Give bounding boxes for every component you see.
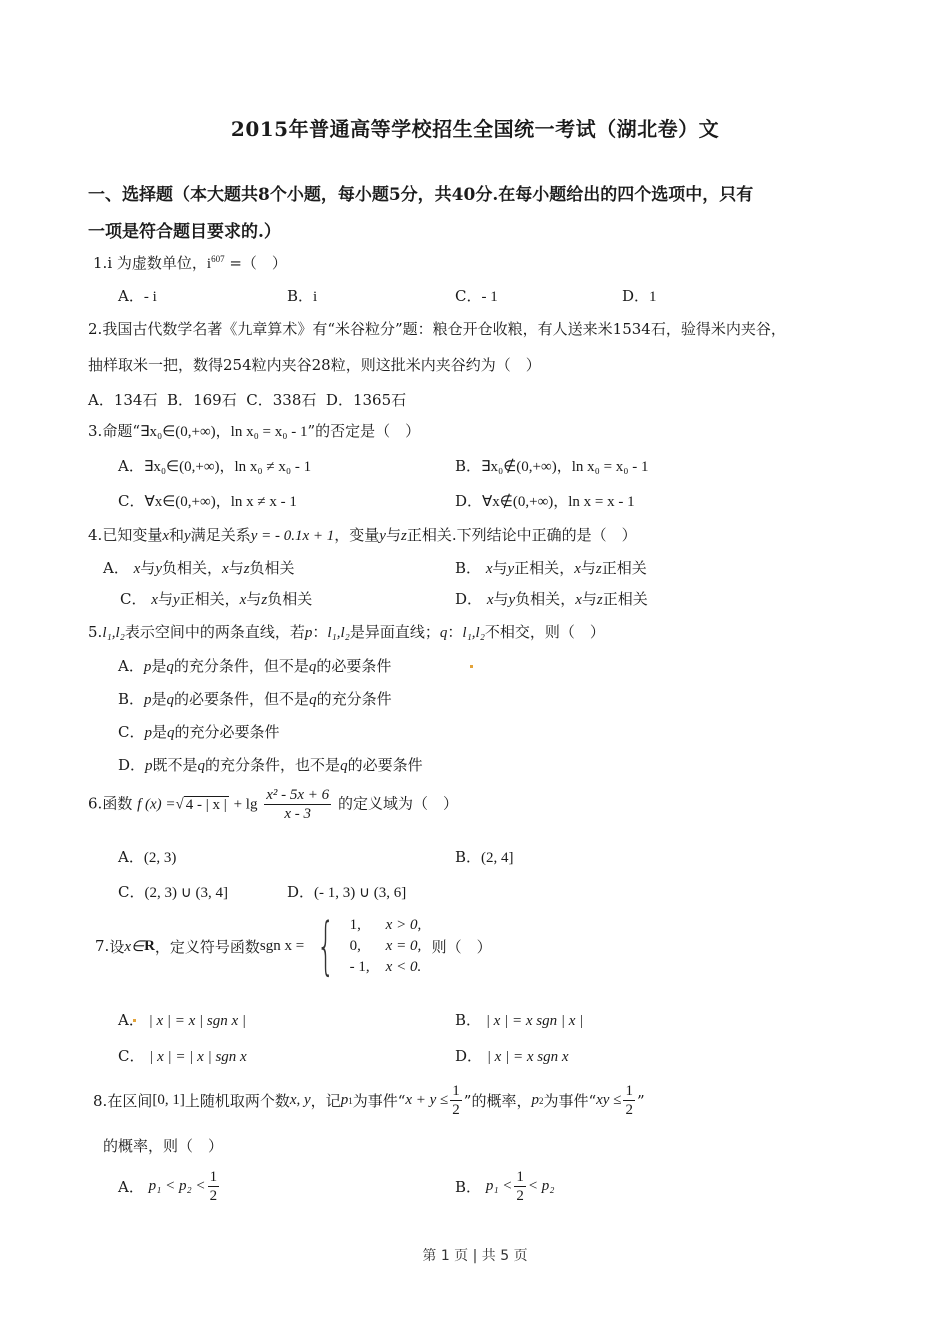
q5-option-a: A．p是q的充分条件，但不是q的必要条件 xyxy=(118,655,391,676)
fraction-half: 12 xyxy=(623,1082,635,1119)
option-label: A． xyxy=(118,457,144,475)
text: ， xyxy=(560,590,575,608)
stem-text: ”的否定是（ ） xyxy=(307,422,420,440)
stem-text: ： xyxy=(312,623,327,641)
option-text: (2, 3) ∪ (3, 4] xyxy=(144,885,227,901)
option-text: 正相关 xyxy=(603,590,648,608)
option-label: D． xyxy=(455,590,482,608)
stem-text: 正相关.下列结论中正确的是（ ） xyxy=(407,526,637,544)
left-brace-icon: { xyxy=(317,915,335,977)
text: 与 xyxy=(140,559,155,577)
math-var: p xyxy=(341,1092,349,1109)
option-text: 负相关 xyxy=(162,559,207,577)
q3-option-a: A．∃x₀∈(0,+∞)，ln x₀ ≠ x₀ - 1 xyxy=(118,455,311,476)
option-label: A． xyxy=(118,1011,144,1029)
case-value: 1, xyxy=(350,917,386,934)
question-number: 4. xyxy=(88,526,102,544)
math-expression: [0, 1] xyxy=(152,1092,185,1109)
math-expression: xy ≤ xyxy=(596,1092,621,1109)
sqrt-radicand: 4 - | x | xyxy=(184,796,229,814)
option-text: | x | = x | sgn x | xyxy=(149,1013,246,1029)
option-label: A． xyxy=(118,1176,144,1197)
option-text: - 1 xyxy=(481,289,497,305)
stem-text: 的定义域为（ ） xyxy=(338,795,458,813)
math-var: x xyxy=(151,592,158,608)
option-text: 的充分必要条件 xyxy=(175,723,280,741)
math-var: q xyxy=(166,659,174,675)
fraction-numerator: x² - 5x + 6 xyxy=(264,786,331,805)
text: 与 xyxy=(582,590,597,608)
math-expression: x∈ xyxy=(124,937,144,956)
math-var: x xyxy=(162,528,169,544)
math-expression: x + y ≤ xyxy=(405,1092,448,1109)
question-4-stem: 4.已知变量x和y满足关系y = - 0.1x + 1，变量y与z正相关.下列结… xyxy=(88,524,637,545)
case-condition: x > 0, xyxy=(386,917,446,934)
stem-text: 与 xyxy=(386,526,401,544)
q8-option-b: B． p₁ <12< p₂ xyxy=(455,1168,555,1205)
question-2-stem-line1: 2.我国古代数学名著《九章算术》有“米谷粒分”题：粮仓开仓收粮，有人送来米153… xyxy=(88,318,786,339)
option-text: 338石 xyxy=(273,391,317,409)
question-8-stem-line2: 的概率，则（ ） xyxy=(103,1135,223,1156)
math-expression: f (x) = xyxy=(137,797,175,813)
fraction-denominator: 2 xyxy=(208,1187,220,1205)
question-6-stem: 6.函数 f (x) =√4 - | x | + lg x² - 5x + 6x… xyxy=(88,786,458,823)
option-label: C． xyxy=(118,492,144,510)
option-text: p₁ < p₂ < xyxy=(149,1178,206,1195)
text: ， xyxy=(225,590,240,608)
option-text: 正相关 xyxy=(180,590,225,608)
stem-text: i 为虚数单位， xyxy=(107,254,207,272)
q6-option-b: B．(2, 4] xyxy=(455,846,514,867)
question-number: 3. xyxy=(88,422,102,440)
page-title: 2015年普通高等学校招生全国统一考试（湖北卷）文 xyxy=(0,113,950,142)
q4-option-a: A． x与y负相关，x与z负相关 xyxy=(103,557,295,578)
option-label: B． xyxy=(455,457,481,475)
q4-option-d: D． x与y负相关，x与z正相关 xyxy=(455,588,648,609)
text: 与 xyxy=(493,590,508,608)
stem-text: 设 xyxy=(109,936,124,957)
stem-text: =（ ） xyxy=(225,254,287,272)
fraction-denominator: 2 xyxy=(450,1101,462,1119)
option-label: C． xyxy=(455,287,481,305)
section-heading-line1: 一、选择题（本大题共8个小题，每小题5分，共40分.在每小题给出的四个选项中，只… xyxy=(88,180,753,205)
option-text: 正相关 xyxy=(514,559,559,577)
math-var: x xyxy=(574,561,581,577)
fraction-denominator: 2 xyxy=(623,1101,635,1119)
option-label: D． xyxy=(287,883,314,901)
question-7-stem: 7.设x∈R，定义符号函数sgn x = { 1,x > 0, 0,x = 0,… xyxy=(95,915,492,977)
math-expression: ∃x₀∈(0,+∞)，ln x₀ = x₀ - 1 xyxy=(140,424,308,440)
q5-option-d: D．p既不是q的充分条件，也不是q的必要条件 xyxy=(118,754,423,775)
math-var: q xyxy=(167,725,175,741)
case-value: - 1, xyxy=(350,959,386,976)
fraction-denominator: x - 3 xyxy=(282,805,313,823)
stem-text: ，变量 xyxy=(334,526,379,544)
math-var: x xyxy=(575,592,582,608)
case-condition: x < 0. xyxy=(386,959,446,976)
option-text: | x | = x sgn | x | xyxy=(486,1013,583,1029)
stem-text: 上随机取两个数 xyxy=(185,1090,290,1111)
question-number: 1. xyxy=(93,254,107,272)
option-label: A． xyxy=(118,287,144,305)
stem-text: 是异面直线； xyxy=(350,623,440,641)
math-var: p xyxy=(144,692,152,708)
fraction-numerator: 1 xyxy=(623,1082,635,1101)
stem-text: 为事件“ xyxy=(543,1090,596,1111)
stray-mark xyxy=(470,665,473,668)
math-var: q xyxy=(198,758,206,774)
q8-option-a: A． p₁ < p₂ <12 xyxy=(118,1168,221,1205)
stem-text: 函数 xyxy=(102,795,132,813)
text: 与 xyxy=(246,590,261,608)
q2-options: A．134石 B．169石 C．338石 D．1365石 xyxy=(88,389,406,410)
stem-text: 为事件“ xyxy=(353,1090,406,1111)
option-label: B． xyxy=(118,690,144,708)
question-number: 5. xyxy=(88,623,102,641)
stem-text: ”的概率， xyxy=(464,1090,532,1111)
option-text: 的必要条件 xyxy=(316,657,391,675)
q3-option-c: C．∀x∈(0,+∞)，ln x ≠ x - 1 xyxy=(118,490,297,511)
option-text: | x | = x sgn x xyxy=(487,1049,569,1065)
question-number: 2. xyxy=(88,320,102,338)
text: 与 xyxy=(229,559,244,577)
math-var: p xyxy=(531,1092,539,1109)
option-label: D． xyxy=(455,492,482,510)
option-label: B． xyxy=(455,1011,481,1029)
stem-text: 则（ ） xyxy=(432,936,492,957)
option-text: 的充分条件 xyxy=(317,690,392,708)
option-text: (2, 4] xyxy=(481,850,514,866)
option-text: 是 xyxy=(151,657,166,675)
stem-text: 已知变量 xyxy=(102,526,162,544)
option-text: 是 xyxy=(152,690,167,708)
option-text: < p₂ xyxy=(528,1178,555,1195)
math-exponent: 607 xyxy=(211,254,225,264)
option-text: 正相关 xyxy=(602,559,647,577)
option-text: 既不是 xyxy=(153,756,198,774)
question-3-stem: 3.命题“∃x₀∈(0,+∞)，ln x₀ = x₀ - 1”的否定是（ ） xyxy=(88,420,420,441)
math-var: x xyxy=(222,561,229,577)
option-label: B． xyxy=(287,287,313,305)
option-text: 169石 xyxy=(193,391,237,409)
option-text: ∀x∉(0,+∞)，ln x = x - 1 xyxy=(482,494,635,510)
q6-option-d: D．(- 1, 3) ∪ (3, 6] xyxy=(287,881,406,902)
option-label: D． xyxy=(622,287,649,305)
option-text: (- 1, 3) ∪ (3, 6] xyxy=(314,885,406,901)
fraction-numerator: 1 xyxy=(450,1082,462,1101)
option-text: ∃x₀∈(0,+∞)，ln x₀ ≠ x₀ - 1 xyxy=(144,459,311,475)
text: 与 xyxy=(492,559,507,577)
stem-text: ： xyxy=(447,623,462,641)
question-2-stem-line2: 抽样取米一把，数得254粒内夹谷28粒，则这批米内夹谷约为（ ） xyxy=(88,354,541,375)
option-text: 1365石 xyxy=(353,391,406,409)
option-text: 的充分条件，也不是 xyxy=(205,756,340,774)
q6-option-a: A．(2, 3) xyxy=(118,846,176,867)
option-label: C． xyxy=(118,723,144,741)
option-text: - i xyxy=(144,289,157,305)
question-8-stem-line1: 8.在区间[0, 1]上随机取两个数x, y，记p1为事件“x + y ≤ 12… xyxy=(93,1082,645,1119)
option-label: A． xyxy=(118,657,144,675)
option-text: (2, 3) xyxy=(144,850,177,866)
fraction-numerator: 1 xyxy=(514,1168,526,1187)
q4-option-c: C． x与y正相关，x与z负相关 xyxy=(120,588,312,609)
math-expression: sgn x = xyxy=(260,938,304,955)
option-label: B． xyxy=(455,1176,481,1197)
math-var: q xyxy=(309,692,317,708)
q7-option-b: B． | x | = x sgn | x | xyxy=(455,1009,583,1030)
option-label: D． xyxy=(326,391,353,409)
q1-option-a: A．- i xyxy=(118,285,157,306)
q1-option-d: D．1 xyxy=(622,285,657,306)
question-1-stem: 1.i 为虚数单位，i607 =（ ） xyxy=(93,252,287,273)
option-text: 负相关 xyxy=(250,559,295,577)
real-numbers-symbol: R xyxy=(144,938,155,955)
stem-text: ，定义符号函数 xyxy=(155,936,260,957)
q4-option-b: B． x与y正相关，x与z正相关 xyxy=(455,557,647,578)
stem-text: 不相交，则（ ） xyxy=(485,623,605,641)
q5-option-c: C．p是q的充分必要条件 xyxy=(118,721,280,742)
stem-text: 满足关系 xyxy=(191,526,251,544)
math-var: q xyxy=(167,692,175,708)
math-var: y xyxy=(173,592,180,608)
math-expression: l₁,l₂ xyxy=(327,625,350,641)
math-var: p xyxy=(145,758,153,774)
q5-option-b: B．p是q的必要条件，但不是q的充分条件 xyxy=(118,688,392,709)
option-label: C． xyxy=(118,1047,144,1065)
question-5-stem: 5.l₁,l₂表示空间中的两条直线，若p：l₁,l₂是异面直线；q：l₁,l₂不… xyxy=(88,621,605,642)
math-expression: l₁,l₂ xyxy=(462,625,485,641)
fraction-half: 12 xyxy=(514,1168,526,1205)
stem-text: 我国古代数学名著《九章算术》有“米谷粒分”题：粮仓开仓收粮，有人送来米1534石… xyxy=(102,320,786,338)
option-text: 134石 xyxy=(114,391,158,409)
text: ， xyxy=(207,559,222,577)
question-number: 8. xyxy=(93,1092,107,1110)
math-expression: l₁,l₂ xyxy=(102,625,125,641)
option-text: 1 xyxy=(649,289,657,305)
stray-mark xyxy=(133,1019,136,1022)
math-var: y xyxy=(379,528,386,544)
text: ， xyxy=(559,559,574,577)
option-label: B． xyxy=(455,559,481,577)
fraction-half: 12 xyxy=(450,1082,462,1119)
option-label: C． xyxy=(118,883,144,901)
option-text: 的充分条件，但不是 xyxy=(174,657,309,675)
q7-option-c: C． | x | = | x | sgn x xyxy=(118,1045,247,1066)
text: 与 xyxy=(581,559,596,577)
text: 与 xyxy=(158,590,173,608)
option-label: A． xyxy=(88,391,114,409)
option-text: ∃x₀∉(0,+∞)，ln x₀ = x₀ - 1 xyxy=(481,459,649,475)
option-text: ∀x∈(0,+∞)，ln x ≠ x - 1 xyxy=(144,494,296,510)
option-text: 的必要条件 xyxy=(348,756,423,774)
fraction-denominator: 2 xyxy=(514,1187,526,1205)
q3-option-d: D．∀x∉(0,+∞)，ln x = x - 1 xyxy=(455,490,635,511)
q6-option-c: C．(2, 3) ∪ (3, 4] xyxy=(118,881,228,902)
case-value: 0, xyxy=(350,938,386,955)
math-expression: + lg xyxy=(234,797,258,813)
fraction-half: 12 xyxy=(208,1168,220,1205)
option-label: B． xyxy=(455,848,481,866)
option-label: C． xyxy=(246,391,272,409)
math-expression: y = - 0.1x + 1 xyxy=(251,528,335,544)
q1-option-c: C．- 1 xyxy=(455,285,498,306)
option-label: C． xyxy=(120,590,146,608)
question-number: 7. xyxy=(95,937,109,955)
math-expression: x, y xyxy=(290,1092,311,1109)
option-label: D． xyxy=(118,756,145,774)
stem-text: 在区间 xyxy=(107,1090,152,1111)
stem-text: 命题“ xyxy=(102,422,140,440)
option-label: D． xyxy=(455,1047,482,1065)
stem-text: ” xyxy=(637,1092,645,1110)
fraction-numerator: 1 xyxy=(208,1168,220,1187)
stem-text: ，记 xyxy=(311,1090,341,1111)
option-label: A． xyxy=(118,848,144,866)
option-text: i xyxy=(313,289,317,305)
math-var: y xyxy=(184,528,191,544)
fraction: x² - 5x + 6x - 3 xyxy=(264,786,331,823)
stem-text: 和 xyxy=(169,526,184,544)
stem-text: 表示空间中的两条直线，若 xyxy=(125,623,305,641)
option-label: B． xyxy=(167,391,193,409)
q7-option-d: D． | x | = x sgn x xyxy=(455,1045,569,1066)
q7-option-a: A． | x | = x | sgn x | xyxy=(118,1009,246,1030)
option-text: 是 xyxy=(152,723,167,741)
math-var: y xyxy=(155,561,162,577)
question-number: 6. xyxy=(88,795,102,813)
page-footer: 第 1 页 | 共 5 页 xyxy=(0,1245,950,1265)
option-text: 的必要条件，但不是 xyxy=(174,690,309,708)
option-text: | x | = | x | sgn x xyxy=(149,1049,246,1065)
q3-option-b: B．∃x₀∉(0,+∞)，ln x₀ = x₀ - 1 xyxy=(455,455,649,476)
section-heading-line2: 一项是符合题目要求的.） xyxy=(88,217,281,242)
option-text: 负相关 xyxy=(515,590,560,608)
option-text: p₁ < xyxy=(486,1178,513,1195)
q1-option-b: B．i xyxy=(287,285,317,306)
math-var: p xyxy=(144,725,152,741)
math-var: q xyxy=(340,758,348,774)
option-text: 负相关 xyxy=(267,590,312,608)
option-label: A． xyxy=(103,559,129,577)
